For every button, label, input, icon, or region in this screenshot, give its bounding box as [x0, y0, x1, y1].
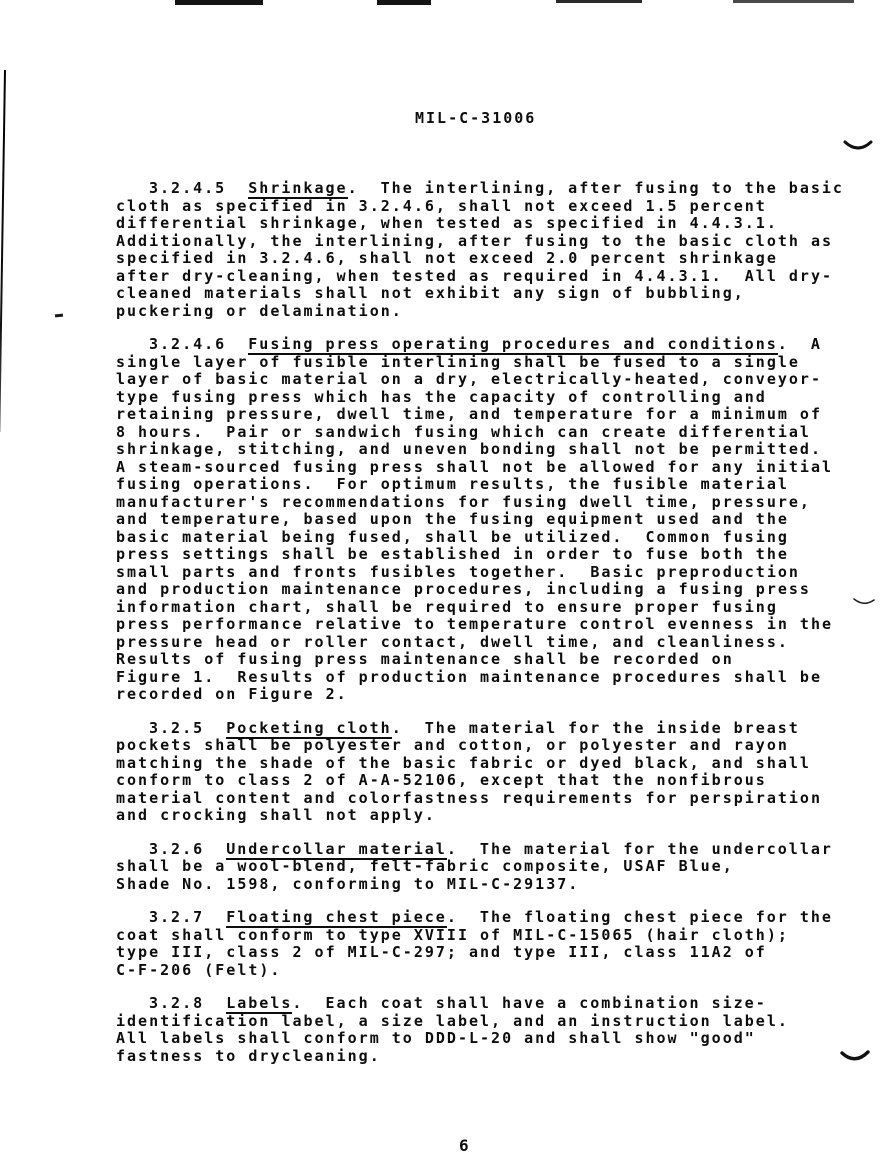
text-line: 3.2.6 Undercollar material. The material…: [116, 841, 861, 859]
section-text: . The interlining, after fusing to the b…: [348, 179, 844, 197]
text-line: basic material being fused, shall be uti…: [116, 529, 861, 547]
text-line: Shade No. 1598, conforming to MIL-C-2913…: [116, 876, 861, 894]
scan-artifact-bar: [175, 0, 263, 5]
section-title: Shrinkage: [248, 179, 347, 199]
section-paragraph: 3.2.4.6 Fusing press operating procedure…: [116, 336, 861, 704]
text-line: cleaned materials shall not exhibit any …: [116, 285, 861, 303]
text-line: pockets shall be polyester and cotton, o…: [116, 737, 861, 755]
document-body: 3.2.4.5 Shrinkage. The interlining, afte…: [116, 180, 861, 1081]
text-line: layer of basic material on a dry, electr…: [116, 371, 861, 389]
text-line: puckering or delamination.: [116, 303, 861, 321]
text-line: small parts and fronts fusibles together…: [116, 564, 861, 582]
text-line: type fusing press which has the capacity…: [116, 389, 861, 407]
page-number: 6: [459, 1136, 470, 1155]
text-line: cloth as specified in 3.2.4.6, shall not…: [116, 198, 861, 216]
text-line: 3.2.4.5 Shrinkage. The interlining, afte…: [116, 180, 861, 198]
text-line: Figure 1. Results of production maintena…: [116, 669, 861, 687]
section-text: . The floating chest piece for the: [447, 908, 833, 926]
text-line: retaining pressure, dwell time, and temp…: [116, 406, 861, 424]
text-line: Results of fusing press maintenance shal…: [116, 651, 861, 669]
text-line: identification label, a size label, and …: [116, 1013, 861, 1031]
text-line: specified in 3.2.4.6, shall not exceed 2…: [116, 250, 861, 268]
pen-mark: [843, 139, 873, 154]
section-text: . The material for the inside breast: [392, 719, 800, 737]
section-paragraph: 3.2.4.5 Shrinkage. The interlining, afte…: [116, 180, 861, 320]
text-line: press settings shall be established in o…: [116, 546, 861, 564]
section-number: 3.2.8: [149, 994, 204, 1012]
section-title: Labels: [226, 994, 292, 1014]
scan-artifact-bar: [733, 0, 854, 3]
text-line: and crocking shall not apply.: [116, 807, 861, 825]
scan-artifact-dash: [55, 314, 63, 318]
text-line: Additionally, the interlining, after fus…: [116, 233, 861, 251]
section-number: 3.2.6: [149, 840, 204, 858]
text-line: 3.2.7 Floating chest piece. The floating…: [116, 909, 861, 927]
text-line: All labels shall conform to DDD-L-20 and…: [116, 1030, 861, 1048]
text-line: 3.2.8 Labels. Each coat shall have a com…: [116, 995, 861, 1013]
document-page: MIL-C-31006 3.2.4.5 Shrinkage. The inter…: [0, 0, 882, 1160]
text-line: C-F-206 (Felt).: [116, 962, 861, 980]
text-line: shrinkage, stitching, and uneven bonding…: [116, 441, 861, 459]
scan-artifact-bar: [556, 0, 642, 3]
text-line: recorded on Figure 2.: [116, 686, 861, 704]
text-line: coat shall conform to type XVIII of MIL-…: [116, 927, 861, 945]
text-line: conform to class 2 of A-A-52106, except …: [116, 772, 861, 790]
text-line: and temperature, based upon the fusing e…: [116, 511, 861, 529]
text-line: shall be a wool-blend, felt-fabric compo…: [116, 858, 861, 876]
section-text: . Each coat shall have a combination siz…: [292, 994, 766, 1012]
text-line: A steam-sourced fusing press shall not b…: [116, 459, 861, 477]
section-title: Fusing press operating procedures and co…: [248, 335, 777, 355]
section-number: 3.2.7: [149, 908, 204, 926]
text-line: matching the shade of the basic fabric o…: [116, 755, 861, 773]
document-title: MIL-C-31006: [415, 109, 536, 127]
section-title: Floating chest piece: [226, 908, 447, 928]
text-line: press performance relative to temperatur…: [116, 616, 861, 634]
section-text: . A: [778, 335, 822, 353]
text-line: pressure head or roller contact, dwell t…: [116, 634, 861, 652]
text-line: and production maintenance procedures, i…: [116, 581, 861, 599]
scan-artifact-bar: [377, 0, 431, 5]
section-paragraph: 3.2.7 Floating chest piece. The floating…: [116, 909, 861, 979]
scan-artifact-streak: [0, 70, 6, 432]
section-number: 3.2.4.6: [149, 335, 226, 353]
text-line: type III, class 2 of MIL-C-297; and type…: [116, 944, 861, 962]
text-line: 3.2.5 Pocketing cloth. The material for …: [116, 720, 861, 738]
section-number: 3.2.4.5: [149, 179, 226, 197]
text-line: single layer of fusible interlining shal…: [116, 354, 861, 372]
section-text: . The material for the undercollar: [447, 840, 833, 858]
text-line: fastness to drycleaning.: [116, 1048, 861, 1066]
section-paragraph: 3.2.5 Pocketing cloth. The material for …: [116, 720, 861, 825]
section-paragraph: 3.2.8 Labels. Each coat shall have a com…: [116, 995, 861, 1065]
text-line: after dry-cleaning, when tested as requi…: [116, 268, 861, 286]
text-line: fusing operations. For optimum results, …: [116, 476, 861, 494]
text-line: material content and colorfastness requi…: [116, 790, 861, 808]
text-line: differential shrinkage, when tested as s…: [116, 215, 861, 233]
text-line: 8 hours. Pair or sandwich fusing which c…: [116, 424, 861, 442]
text-line: 3.2.4.6 Fusing press operating procedure…: [116, 336, 861, 354]
text-line: information chart, shall be required to …: [116, 599, 861, 617]
section-number: 3.2.5: [149, 719, 204, 737]
text-line: manufacturer's recommendations for fusin…: [116, 494, 861, 512]
section-paragraph: 3.2.6 Undercollar material. The material…: [116, 841, 861, 894]
